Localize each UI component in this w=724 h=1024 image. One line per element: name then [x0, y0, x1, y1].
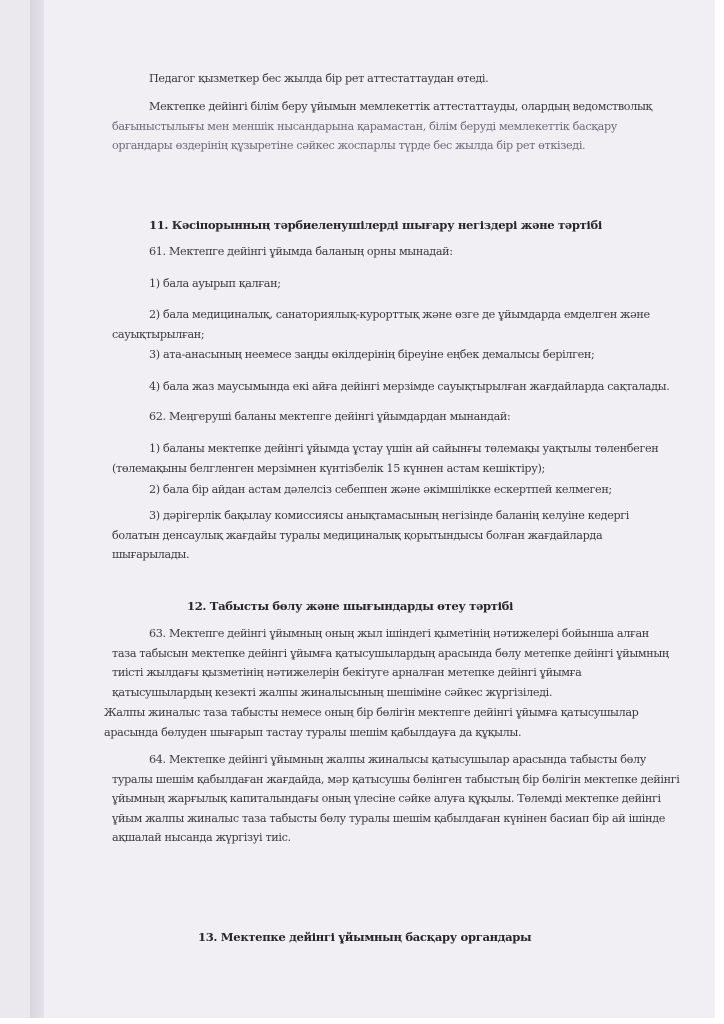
list-item-62-1: 1) баланы мектепке дейінгі ұйымда ұстау … [112, 439, 658, 478]
scan-left-margin [0, 0, 30, 1024]
list-item-61-3: 3) ата-анасының неемесе заңды өкілдеріні… [149, 345, 594, 365]
scan-right-edge [715, 0, 724, 1024]
text-line: 64. Мектепке дейінгі ұйымның жалпы жинал… [112, 750, 680, 770]
text-line: бағыныстылығы мен меншік нысандарына қар… [112, 117, 652, 137]
list-item-62-3: 3) дәрігерлік бақылау комиссиясы анықтам… [112, 506, 629, 565]
text-line: ұйым жалпы жиналыс таза табысты бөлу тур… [112, 809, 680, 829]
text-line: болатын денсаулық жағдайы туралы медицин… [112, 526, 629, 546]
text-line: арасында бөлуден шығарып тастау туралы ш… [104, 723, 639, 743]
section-11-heading: 11. Кәсіпорынның тәрбиеленушілерді шығар… [149, 218, 602, 232]
text-line: 1) баланы мектепке дейінгі ұйымда ұстау … [112, 439, 658, 459]
paragraph-64: 64. Мектепке дейінгі ұйымның жалпы жинал… [112, 750, 680, 848]
list-item-61-1: 1) бала ауырып қалған; [149, 274, 281, 294]
paragraph-general-meeting: Жалпы жиналыс таза табысты немесе оның б… [104, 703, 639, 742]
paragraph-62: 62. Меңгеруші баланы мектепге дейінгі ұй… [149, 407, 510, 427]
list-item-61-2: 2) бала медициналық, санаториялық-курорт… [112, 305, 650, 344]
paragraph-attestation-period: Педагог қызметкер бес жылда бір рет атте… [149, 69, 488, 89]
paragraph-61: 61. Мектепге дейінгі ұйымда баланың орны… [149, 242, 453, 262]
paragraph-state-attestation: Мектепке дейінгі білім беру ұйымын мемле… [112, 97, 652, 156]
scan-bottom-edge [0, 1018, 724, 1024]
text-line: қатысушылардың кезекті жалпы жиналысының… [112, 683, 669, 703]
list-item-62-2: 2) бала бір айдан астам дәлелсіз себеппе… [149, 480, 612, 500]
text-line: тиісті жылдағы қызметінің нәтижелерін бе… [112, 663, 669, 683]
text-line: органдары өздерінің құзыретіне сәйкес жо… [112, 136, 652, 156]
text-line: таза табысын мектепке дейінгі ұйымға қат… [112, 644, 669, 664]
list-item-61-4: 4) бала жаз маусымында екі айға дейінгі … [149, 377, 669, 397]
text-line: туралы шешім қабылдаған жағдайда, мәр қа… [112, 770, 680, 790]
text-line: ұйымның жарғылық капиталындағы оның үлес… [112, 789, 680, 809]
text-line: 2) бала медициналық, санаториялық-курорт… [112, 305, 650, 325]
text-line: Жалпы жиналыс таза табысты немесе оның б… [104, 703, 639, 723]
paragraph-63: 63. Мектепге дейінгі ұйымның оның жыл іш… [112, 624, 669, 702]
text-line: сауықтырылған; [112, 325, 650, 345]
text-line: ақшалай нысанда жүргізуі тиіс. [112, 828, 680, 848]
text-line: Мектепке дейінгі білім беру ұйымын мемле… [112, 97, 652, 117]
text-line: (төлемақыны белгленген мерзімнен күнтізб… [112, 459, 658, 479]
section-12-heading: 12. Табысты бөлу және шығындарды өтеу тә… [187, 599, 513, 613]
text-line: 63. Мектепге дейінгі ұйымның оның жыл іш… [112, 624, 669, 644]
section-13-heading: 13. Мектепке дейінгі ұйымның басқару орг… [198, 930, 531, 944]
text-line: шығарылады. [112, 545, 629, 565]
text-line: 3) дәрігерлік бақылау комиссиясы анықтам… [112, 506, 629, 526]
